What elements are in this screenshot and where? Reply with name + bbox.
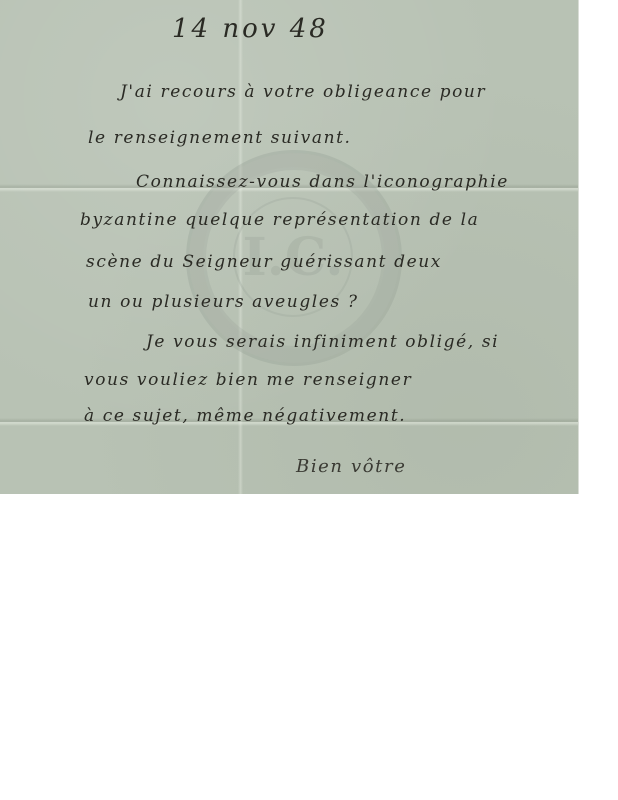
letter-paper: I.C. 14 nov 48 J'ai recours à votre obli…: [0, 0, 578, 494]
letter-line-7: Je vous serais infiniment obligé, si: [146, 332, 499, 352]
letter-line-5: scène du Seigneur guérissant deux: [86, 252, 442, 272]
letter-line-8: vous vouliez bien me renseigner: [84, 370, 412, 390]
letter-line-6: un ou plusieurs aveugles ?: [88, 292, 359, 312]
letter-line-2: le renseignement suivant.: [88, 128, 352, 148]
letter-line-3: Connaissez-vous dans l'iconographie: [136, 172, 509, 192]
letter-line-4: byzantine quelque représentation de la: [80, 210, 479, 230]
letter-line-9: à ce sujet, même négativement.: [84, 406, 406, 426]
letter-signature: Bien vôtre: [296, 456, 406, 477]
letter-line-1: J'ai recours à votre obligeance pour: [120, 82, 486, 102]
letter-date: 14 nov 48: [172, 14, 329, 44]
